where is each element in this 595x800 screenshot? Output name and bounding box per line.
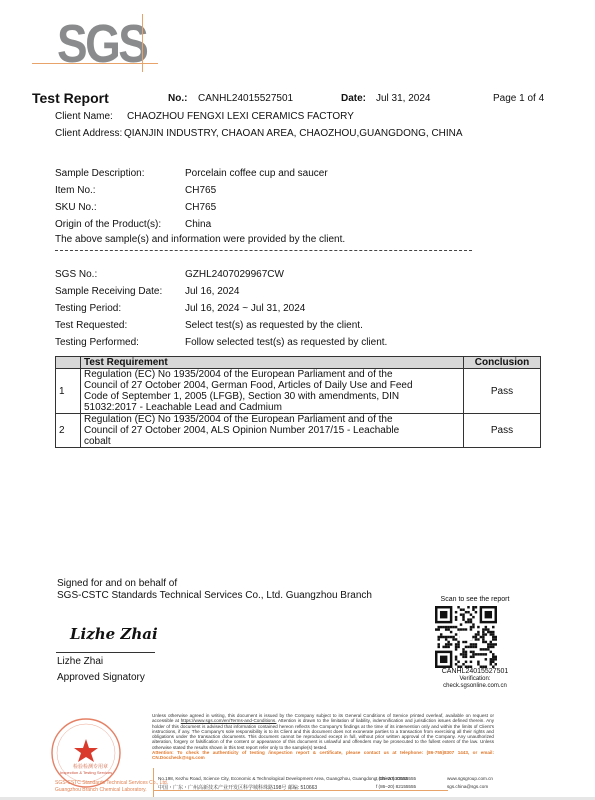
testing-field-label: SGS No.: xyxy=(55,269,97,280)
authenticity-attention: Attention: To check the authenticity of … xyxy=(152,750,494,761)
sample-field-value: China xyxy=(185,219,211,230)
table-row: 1 Regulation (EC) No 1935/2004 of the Eu… xyxy=(56,369,541,414)
row-no: 1 xyxy=(56,369,81,414)
qr-report-no: CANHL24015527501 xyxy=(420,668,530,675)
page-indicator: Page 1 of 4 xyxy=(493,93,544,104)
qr-verification-label: Verification: xyxy=(420,676,530,682)
report-no-value: CANHL24015527501 xyxy=(198,93,293,104)
signed-on-behalf: Signed for and on behalf of xyxy=(57,578,177,589)
stamp-text-en: Inspection & Testing Services xyxy=(60,770,112,775)
row-conclusion: Pass xyxy=(464,414,541,448)
client-name-value: CHAOZHOU FENGXI LEXI CERAMICS FACTORY xyxy=(127,111,354,122)
official-seal-icon xyxy=(38,717,134,789)
sample-field-value: CH765 xyxy=(185,202,216,213)
handwritten-signature: Lizhe Zhai xyxy=(70,625,158,643)
footer-divider xyxy=(153,790,448,791)
table-row: 2 Regulation (EC) No 1935/2004 of the Eu… xyxy=(56,414,541,448)
sample-field-value: Porcelain coffee cup and saucer xyxy=(185,168,328,179)
phone-t: t (86–20) 82155555 xyxy=(376,776,416,781)
row-requirement: Regulation (EC) No 1935/2004 of the Euro… xyxy=(81,369,464,414)
sample-field-label: Sample Description: xyxy=(55,168,144,179)
testing-field-value: Jul 16, 2024 ~ Jul 31, 2024 xyxy=(185,303,305,314)
address-en: No.198, Kezhu Road, Science City, Econom… xyxy=(158,776,408,781)
sample-field-label: Item No.: xyxy=(55,185,96,196)
testing-field-value: GZHL2407029967CW xyxy=(185,269,284,280)
phone-f: f (86–20) 82155555 xyxy=(376,784,416,789)
legal-disclaimer: Unless otherwise agreed in writing, this… xyxy=(152,713,494,761)
qr-verification-site[interactable]: check.sgsonline.com.cn xyxy=(420,683,530,689)
qr-caption: Scan to see the report xyxy=(420,596,530,603)
testing-field-label: Testing Period: xyxy=(55,303,121,314)
logo-accent-line xyxy=(32,63,158,64)
testing-field-label: Sample Receiving Date: xyxy=(55,286,162,297)
row-conclusion: Pass xyxy=(464,369,541,414)
stamp-text-cn: 检验检测专用章 xyxy=(73,763,108,770)
testing-field-value: Follow selected test(s) as requested by … xyxy=(185,337,387,348)
report-title: Test Report xyxy=(32,90,109,106)
date-label: Date: xyxy=(341,93,366,104)
report-no-label: No.: xyxy=(168,93,187,104)
sample-field-value: CH765 xyxy=(185,185,216,196)
company-name-en: SGS-CSTC Standards Technical Services Co… xyxy=(55,780,168,786)
signatory-name: Lizhe Zhai xyxy=(57,656,103,667)
client-address-label: Client Address: xyxy=(55,128,122,139)
testing-field-label: Testing Performed: xyxy=(55,337,139,348)
sgs-logo: SGS xyxy=(30,14,160,74)
row-requirement: Regulation (EC) No 1935/2004 of the Euro… xyxy=(81,414,464,448)
row-no: 2 xyxy=(56,414,81,448)
client-address-value: QIANJIN INDUSTRY, CHAOAN AREA, CHAOZHOU,… xyxy=(124,128,463,139)
sample-field-label: SKU No.: xyxy=(55,202,97,213)
signatory-title: Approved Signatory xyxy=(57,672,145,683)
test-requirements-table: Test Requirement Conclusion 1 Regulation… xyxy=(55,356,541,448)
logo-accent-line-vertical xyxy=(142,14,143,72)
testing-field-label: Test Requested: xyxy=(55,320,127,331)
company-branch-en: Guangzhou Branch Chemical Laboratory. xyxy=(55,787,147,793)
email[interactable]: sgs.china@sgs.com xyxy=(447,784,488,789)
client-name-label: Client Name: xyxy=(55,111,113,122)
qr-code-icon[interactable] xyxy=(433,606,499,668)
col-requirement-header: Test Requirement xyxy=(81,357,464,369)
signature-line xyxy=(56,652,155,653)
date-value: Jul 31, 2024 xyxy=(376,93,431,104)
col-conclusion-header: Conclusion xyxy=(464,357,541,369)
table-header-row: Test Requirement Conclusion xyxy=(56,357,541,369)
terms-link[interactable]: https://www.sgs.com/en/Terms-and-Conditi… xyxy=(181,718,277,723)
website[interactable]: www.sgsgroup.com.cn xyxy=(447,776,493,781)
col-no-header xyxy=(56,357,81,369)
sample-note: The above sample(s) and information were… xyxy=(55,234,345,245)
testing-field-value: Jul 16, 2024 xyxy=(185,286,240,297)
testing-field-value: Select test(s) as requested by the clien… xyxy=(185,320,363,331)
signing-company: SGS-CSTC Standards Technical Services Co… xyxy=(57,590,372,601)
divider xyxy=(55,250,472,252)
disclaimer-text-2: Attention is drawn to the limitation of … xyxy=(152,718,494,749)
footer-divider-vertical xyxy=(153,768,154,798)
sample-field-label: Origin of the Product(s): xyxy=(55,219,161,230)
